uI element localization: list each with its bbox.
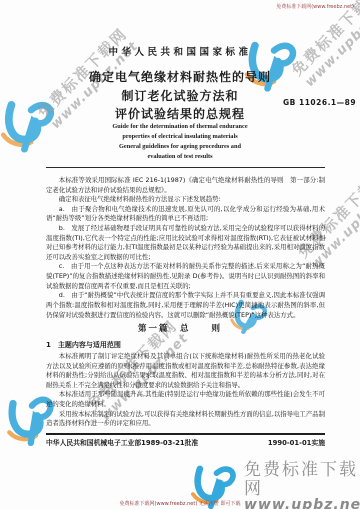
- approval-row: 中华人民共和国机械电子工业部1989-03-21批准 1990-01-01实施: [46, 437, 325, 447]
- footer-divider: [46, 433, 325, 435]
- bottom-download-note: 免费标准下载网(www.freebz.net) 无需注册 即可下载: [0, 500, 360, 507]
- scope-paragraph: 采用按本标准制定的试验方法,可以获得有关绝缘材料长期耐热性方面的信息,以指导电工…: [46, 410, 325, 429]
- scope-section: 本标准阐明了制订评定绝缘材料及其简单组合(以下统称绝缘材料)耐热性所采用的热老化…: [46, 352, 325, 429]
- foreword-paragraph: 确定和表征电气绝缘材料耐热性的方法显示下述发展趋势:: [46, 195, 325, 205]
- document-content: 免费标准下载网(www.freebz.net) 中华人民共和国国家标准 确定电气…: [0, 0, 360, 509]
- approval-text: 中华人民共和国机械电子工业部1989-03-21批准: [46, 437, 198, 447]
- part-heading: 第一篇 总 则: [0, 322, 360, 334]
- english-title-line-1: Guide for the determination of thermal e…: [0, 122, 360, 132]
- title-line-3: 评价试验结果的总规程: [0, 105, 360, 124]
- foreword-paragraph: d. 由于“耐热概貌”中代表统计置信度的那个数字实际上并不具有重要意义,因此本标…: [46, 291, 325, 320]
- top-download-note: 免费标准下载网(www.freebz.net): [276, 3, 354, 10]
- foreword-paragraph: 本标准等效采用国际标准 IEC 216-1(1987)《确定电气绝缘材料耐热性的…: [46, 176, 325, 195]
- standard-type-heading: 中华人民共和国国家标准: [0, 44, 360, 58]
- clause-heading: 1 主题内容与适用范围: [46, 340, 121, 350]
- english-title-line-3: General guidelines for ageing procedures…: [0, 142, 360, 152]
- title-line-1: 确定电气绝缘材料耐热性的导则: [0, 68, 360, 87]
- scope-paragraph: 本标准阐明了制订评定绝缘材料及其简单组合(以下统称绝缘材料)耐热性所采用的热老化…: [46, 352, 325, 390]
- standard-document-page: 免费标准下载网 www.upbz.net 免费标准下载网 www.upbz.ne…: [0, 0, 360, 509]
- english-title: Guide for the determination of thermal e…: [0, 122, 360, 162]
- foreword-paragraph: a. 由于聚合物和电气绝缘技术的迅速发展,原先认可的,以化学成分和运行经验为基础…: [46, 205, 325, 224]
- scope-paragraph: 本标准适用于那些随温度升高,其性能(特别是运行中绝缘功能性所依赖的那些性能)会发…: [46, 390, 325, 409]
- standard-number: GB 11026.1—89: [283, 98, 356, 107]
- implementation-date: 1990-01-01实施: [268, 437, 325, 447]
- document-title: 确定电气绝缘材料耐热性的导则 制订老化试验方法和 评价试验结果的总规程: [0, 68, 360, 124]
- foreword-block: 本标准等效采用国际标准 IEC 216-1(1987)《确定电气绝缘材料耐热性的…: [46, 176, 325, 320]
- header-divider: [46, 167, 325, 168]
- foreword-paragraph: c. 由于用一个点这种表达方法不能对材料的耐热关系作完整的描述,后来采用称之为“…: [46, 262, 325, 291]
- english-title-line-2: properties of electrical insulating mate…: [0, 132, 360, 142]
- foreword-paragraph: b. 发展了经过基础物理手段证明具有可靠性的试验方法,采用完全的试验程序可以获得…: [46, 224, 325, 262]
- english-title-line-4: evaluation of test results: [0, 152, 360, 162]
